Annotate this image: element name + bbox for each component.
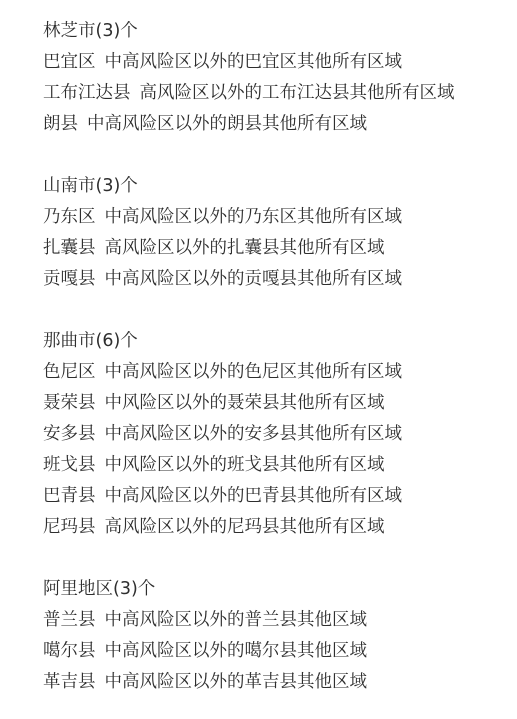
county-name: 聂荣县 [43, 388, 96, 419]
list-item: 工布江达县高风险区以外的工布江达县其他所有区域 [43, 78, 455, 109]
list-item: 聂荣县中风险区以外的聂荣县其他所有区域 [43, 388, 455, 419]
county-name: 工布江达县 [43, 78, 131, 109]
list-item: 班戈县中风险区以外的班戈县其他所有区域 [43, 450, 455, 481]
area-description: 中高风险区以外的巴青县其他所有区域 [105, 486, 403, 506]
section-heading: 那曲市(6)个 [43, 326, 455, 357]
county-name: 贡嘎县 [43, 264, 96, 295]
county-name: 巴宜区 [43, 47, 96, 78]
area-description: 高风险区以外的扎囊县其他所有区域 [105, 238, 385, 258]
area-description: 中高风险区以外的安多县其他所有区域 [105, 424, 403, 444]
area-description: 中高风险区以外的普兰县其他区域 [105, 610, 368, 630]
area-description: 中高风险区以外的贡嘎县其他所有区域 [105, 269, 403, 289]
section-shannan: 山南市(3)个 乃东区中高风险区以外的乃东区其他所有区域 扎囊县高风险区以外的扎… [43, 171, 455, 295]
county-name: 尼玛县 [43, 512, 96, 543]
area-description: 中高风险区以外的色尼区其他所有区域 [105, 362, 403, 382]
list-item: 安多县中高风险区以外的安多县其他所有区域 [43, 419, 455, 450]
county-name: 扎囊县 [43, 233, 96, 264]
list-item: 巴宜区中高风险区以外的巴宜区其他所有区域 [43, 47, 455, 78]
list-item: 扎囊县高风险区以外的扎囊县其他所有区域 [43, 233, 455, 264]
list-item: 贡嘎县中高风险区以外的贡嘎县其他所有区域 [43, 264, 455, 295]
list-item: 色尼区中高风险区以外的色尼区其他所有区域 [43, 357, 455, 388]
county-name: 安多县 [43, 419, 96, 450]
section-heading: 阿里地区(3)个 [43, 574, 455, 605]
list-item: 噶尔县中高风险区以外的噶尔县其他区域 [43, 636, 455, 667]
area-description: 高风险区以外的尼玛县其他所有区域 [105, 517, 385, 537]
list-item: 革吉县中高风险区以外的革吉县其他区域 [43, 667, 455, 698]
area-description: 中高风险区以外的朗县其他所有区域 [87, 114, 367, 134]
list-item: 尼玛县高风险区以外的尼玛县其他所有区域 [43, 512, 455, 543]
area-description: 高风险区以外的工布江达县其他所有区域 [140, 83, 455, 103]
area-description: 中高风险区以外的乃东区其他所有区域 [105, 207, 403, 227]
section-nagqu: 那曲市(6)个 色尼区中高风险区以外的色尼区其他所有区域 聂荣县中风险区以外的聂… [43, 326, 455, 543]
county-name: 朗县 [43, 109, 78, 140]
area-description: 中风险区以外的聂荣县其他所有区域 [105, 393, 385, 413]
list-item: 巴青县中高风险区以外的巴青县其他所有区域 [43, 481, 455, 512]
county-name: 巴青县 [43, 481, 96, 512]
section-heading: 山南市(3)个 [43, 171, 455, 202]
section-linzhi: 林芝市(3)个 巴宜区中高风险区以外的巴宜区其他所有区域 工布江达县高风险区以外… [43, 16, 455, 140]
list-item: 普兰县中高风险区以外的普兰县其他区域 [43, 605, 455, 636]
area-description: 中高风险区以外的噶尔县其他区域 [105, 641, 368, 661]
county-name: 革吉县 [43, 667, 96, 698]
list-item: 乃东区中高风险区以外的乃东区其他所有区域 [43, 202, 455, 233]
document-body: 林芝市(3)个 巴宜区中高风险区以外的巴宜区其他所有区域 工布江达县高风险区以外… [43, 16, 455, 698]
section-heading: 林芝市(3)个 [43, 16, 455, 47]
area-description: 中高风险区以外的巴宜区其他所有区域 [105, 52, 403, 72]
county-name: 班戈县 [43, 450, 96, 481]
list-item: 朗县中高风险区以外的朗县其他所有区域 [43, 109, 455, 140]
section-ngari: 阿里地区(3)个 普兰县中高风险区以外的普兰县其他区域 噶尔县中高风险区以外的噶… [43, 574, 455, 698]
county-name: 乃东区 [43, 202, 96, 233]
area-description: 中高风险区以外的革吉县其他区域 [105, 672, 368, 692]
county-name: 普兰县 [43, 605, 96, 636]
county-name: 色尼区 [43, 357, 96, 388]
county-name: 噶尔县 [43, 636, 96, 667]
area-description: 中风险区以外的班戈县其他所有区域 [105, 455, 385, 475]
